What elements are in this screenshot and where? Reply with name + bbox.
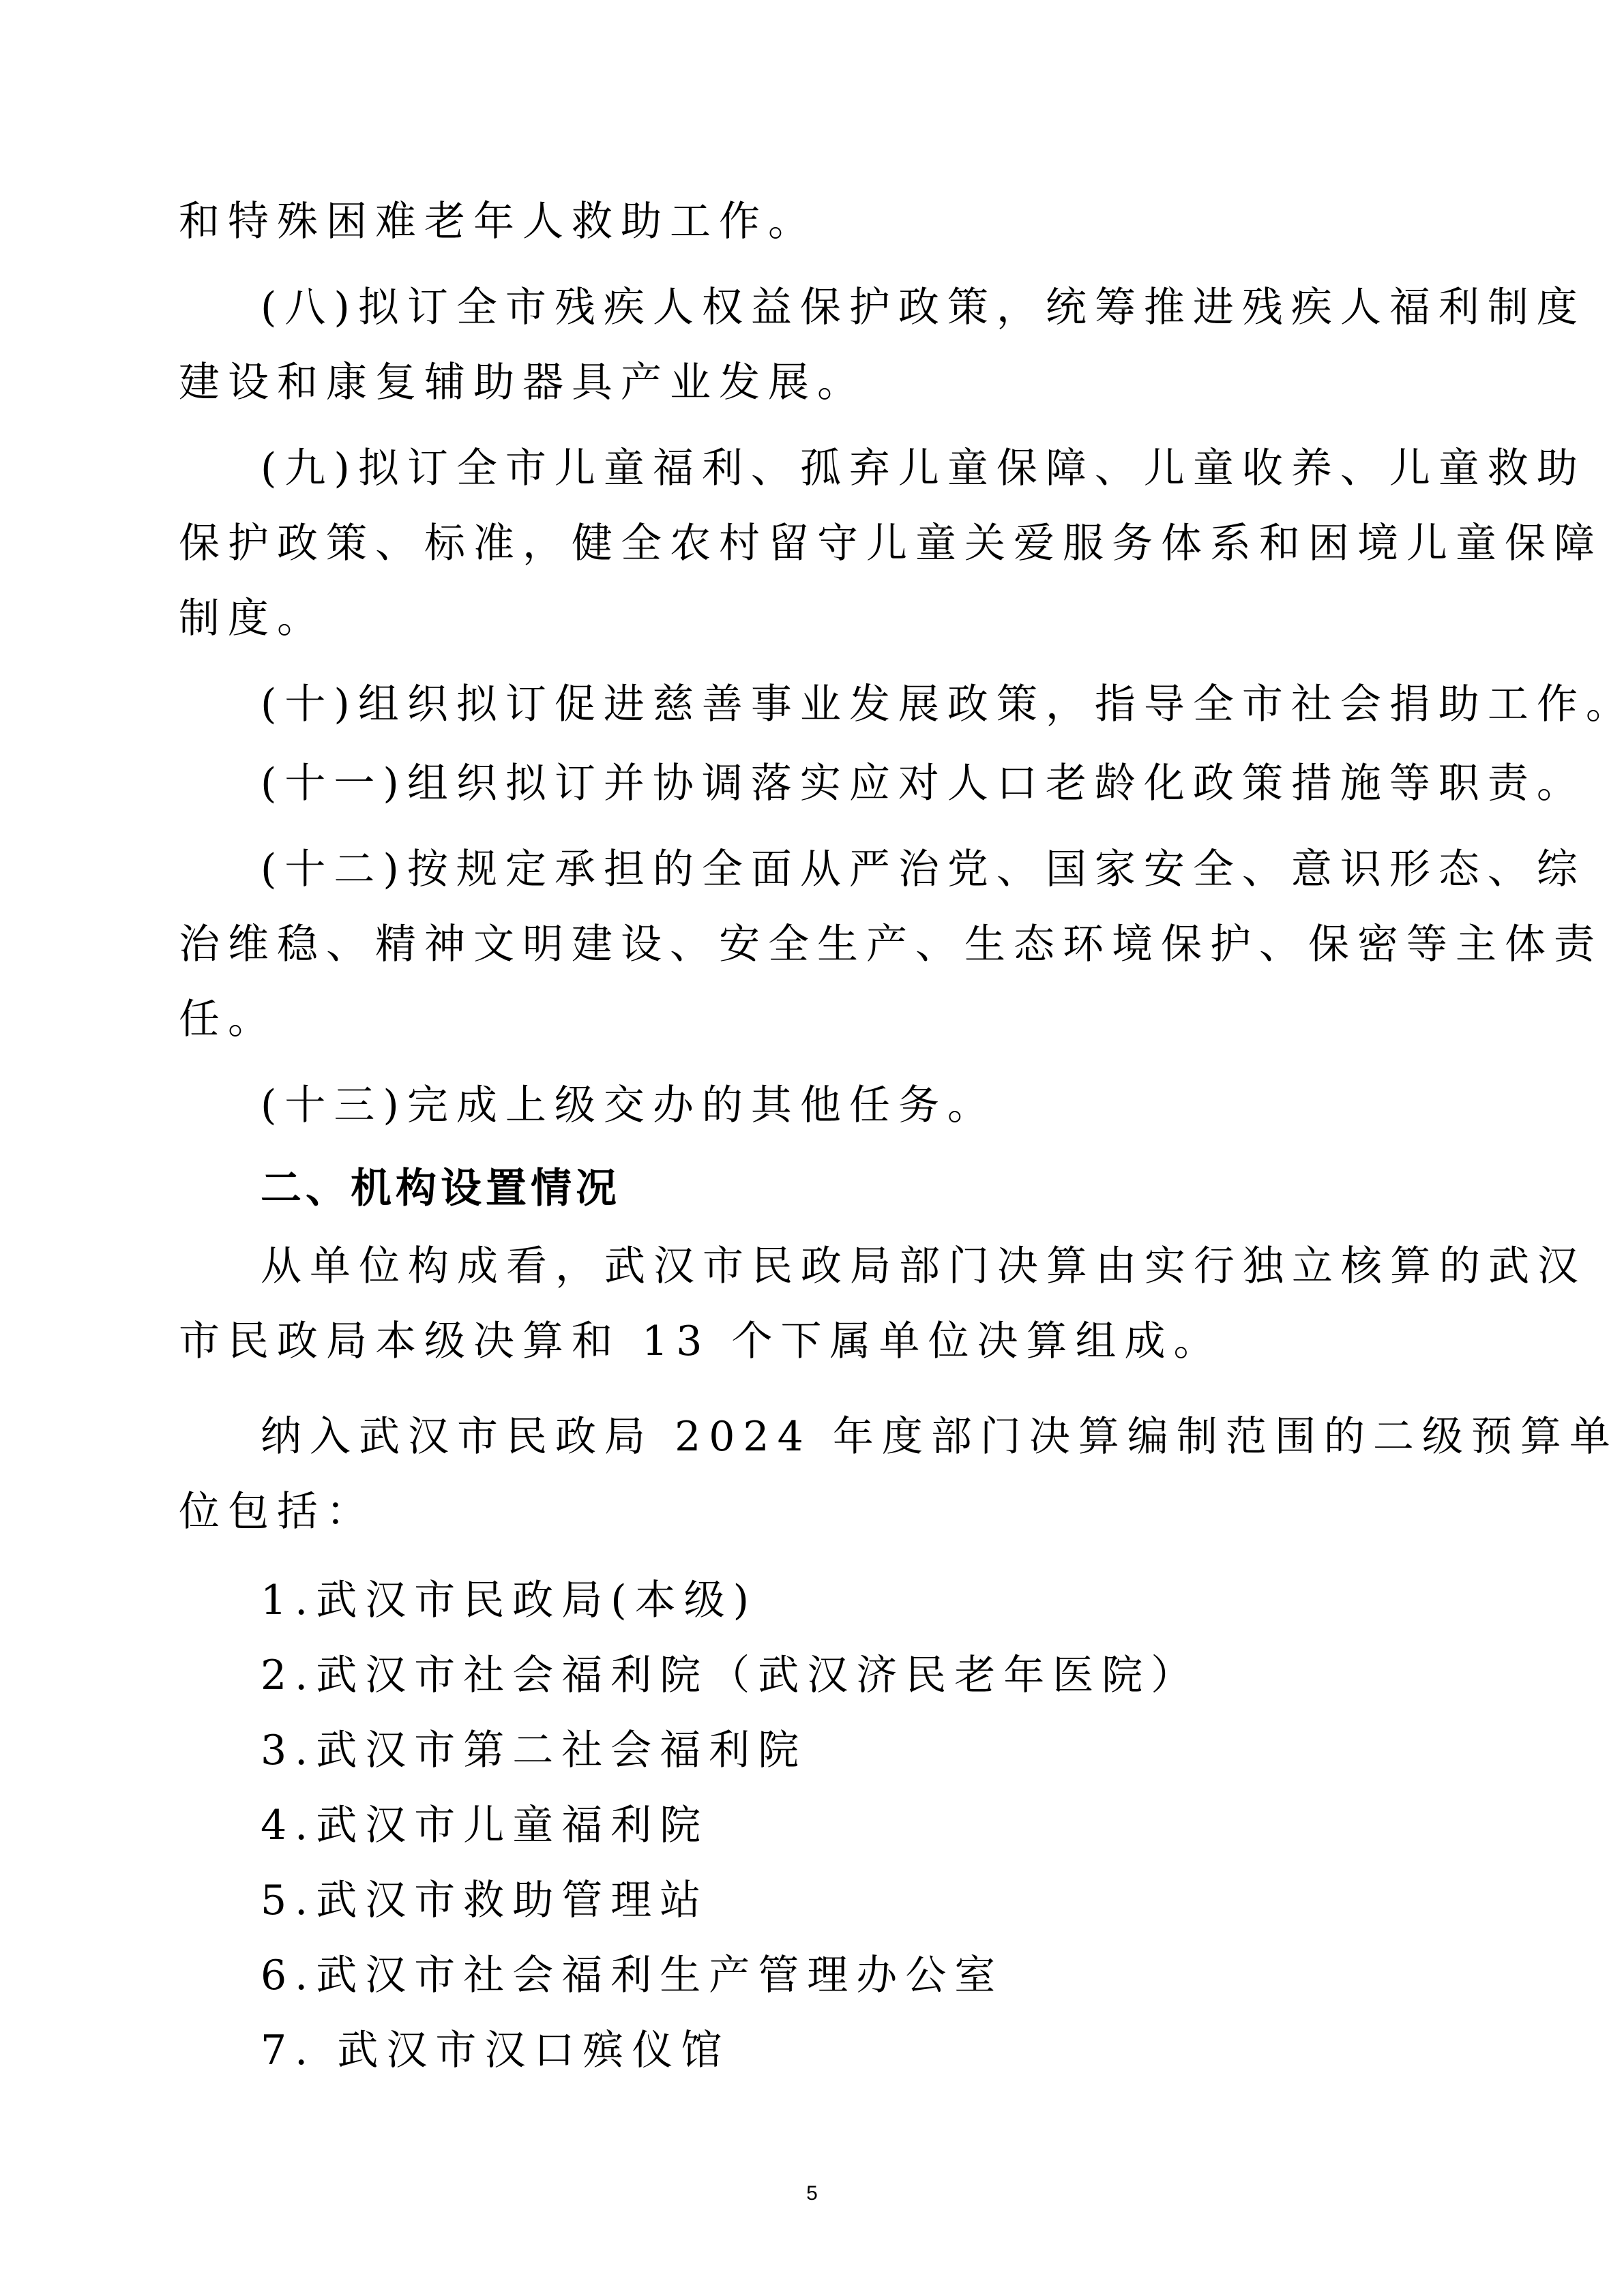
unit-list-item: 2.武汉市社会福利院（武汉济民老年医院） xyxy=(261,1650,1200,1701)
unit-list-item: 3.武汉市第二社会福利院 xyxy=(261,1725,807,1776)
paragraph-line: (十一)组织拟订并协调落实应对人口老龄化政策措施等职责。 xyxy=(261,758,1586,809)
unit-list-item: 6.武汉市社会福利生产管理办公室 xyxy=(261,1950,1003,2001)
paragraph-line: 从单位构成看，武汉市民政局部门决算由实行独立核算的武汉 xyxy=(261,1241,1586,1292)
paragraph-line: 治维稳、精神文明建设、安全生产、生态环境保护、保密等主体责 xyxy=(179,919,1603,970)
paragraph-line: (九)拟订全市儿童福利、孤弃儿童保障、儿童收养、儿童救助 xyxy=(261,443,1586,494)
paragraph-line: 和特殊困难老年人救助工作。 xyxy=(179,196,817,247)
paragraph-line: 位包括： xyxy=(179,1487,375,1537)
paragraph-line: 建设和康复辅助器具产业发展。 xyxy=(179,357,866,408)
paragraph-line: (十)组织拟订促进慈善事业发展政策，指导全市社会捐助工作。 xyxy=(261,679,1624,730)
unit-list-item: 4.武汉市儿童福利院 xyxy=(261,1800,709,1851)
paragraph-line: 任。 xyxy=(179,994,277,1045)
unit-list-item: 1.武汉市民政局(本级) xyxy=(261,1575,757,1626)
paragraph-line: (十三)完成上级交办的其他任务。 xyxy=(261,1080,996,1131)
paragraph-line: (十二)按规定承担的全面从严治党、国家安全、意识形态、综 xyxy=(261,844,1586,895)
paragraph-line: 市民政局本级决算和 13 个下属单位决算组成。 xyxy=(179,1316,1223,1367)
unit-list-item: 7. 武汉市汉口殡仪馆 xyxy=(261,2025,730,2076)
document-page: 和特殊困难老年人救助工作。 (八)拟订全市残疾人权益保护政策，统筹推进残疾人福利… xyxy=(0,0,1624,2296)
paragraph-line: 制度。 xyxy=(179,593,326,644)
unit-list-item: 5.武汉市救助管理站 xyxy=(261,1875,709,1926)
paragraph-line: 保护政策、标准，健全农村留守儿童关爱服务体系和困境儿童保障 xyxy=(179,518,1603,569)
page-number: 5 xyxy=(0,2182,1624,2205)
section-heading: 二、机构设置情况 xyxy=(261,1163,621,1214)
paragraph-line: 纳入武汉市民政局 2024 年度部门决算编制范围的二级预算单 xyxy=(261,1412,1619,1462)
paragraph-line: (八)拟订全市残疾人权益保护政策，统筹推进残疾人福利制度 xyxy=(261,282,1586,333)
